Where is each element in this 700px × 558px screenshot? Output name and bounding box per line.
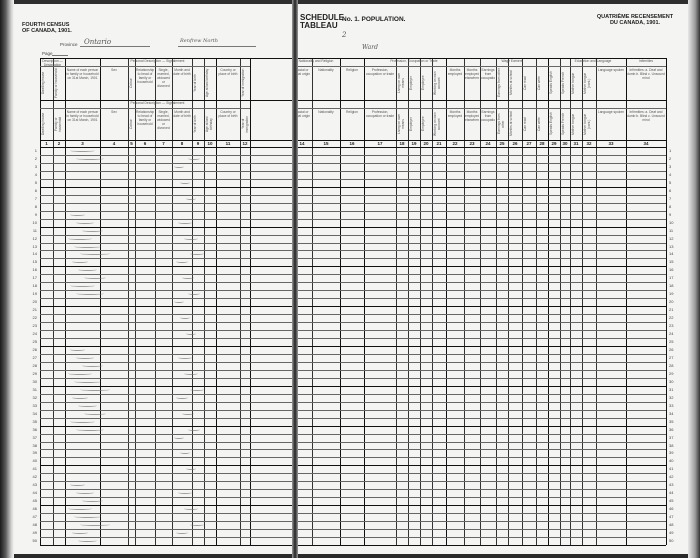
row-number-right: 36 xyxy=(669,427,679,432)
row-number-left: 20 xyxy=(27,299,37,304)
enumeration-value: Ward xyxy=(362,44,378,51)
column-header-fr-8: Month and date of birth xyxy=(173,110,191,138)
page-gutter xyxy=(292,0,298,558)
row-number-left: 37 xyxy=(27,435,37,440)
left-section-header-description: Description — Désignation xyxy=(40,59,65,66)
handwritten-entry xyxy=(188,157,200,160)
row-number-left: 36 xyxy=(27,427,37,432)
handwritten-name-entry xyxy=(70,348,85,351)
column-header-fr-22: Months employed xyxy=(447,110,463,138)
row-number-right: 10 xyxy=(669,220,679,225)
column-header-fr-4: Sex xyxy=(101,110,127,138)
row-number-left: 30 xyxy=(27,379,37,384)
row-number-right: 22 xyxy=(669,315,679,320)
handwritten-name-entry xyxy=(80,252,110,255)
handwritten-entry xyxy=(184,237,198,240)
table-row-line xyxy=(40,386,666,387)
table-row-line xyxy=(40,465,666,466)
row-number-left: 50 xyxy=(27,538,37,543)
row-number-right: 31 xyxy=(669,387,679,392)
row-number-right: 12 xyxy=(669,236,679,241)
table-row-line xyxy=(40,211,666,212)
column-header-fr-23: Months employed elsewhere xyxy=(465,110,479,138)
row-number-left: 26 xyxy=(27,347,37,352)
table-row-line xyxy=(40,473,666,474)
subdistrict-number: 2 xyxy=(342,31,346,39)
row-number-left: 8 xyxy=(27,204,37,209)
table-row-line xyxy=(40,394,666,395)
section-header-divider xyxy=(292,66,666,67)
column-number: 34 xyxy=(626,141,666,146)
column-header-12: Year of immigration xyxy=(241,68,249,98)
column-header-fr-27: Can read xyxy=(523,110,535,138)
table-row-line xyxy=(40,529,666,530)
column-number-bottom xyxy=(40,147,666,148)
column-number: 30 xyxy=(560,141,570,146)
row-number-left: 13 xyxy=(27,244,37,249)
row-number-right: 15 xyxy=(669,259,679,264)
row-number-left: 45 xyxy=(27,498,37,503)
column-header-23: Months employed elsewhere xyxy=(465,68,479,98)
row-number-left: 16 xyxy=(27,267,37,272)
table-row-line xyxy=(40,410,666,411)
row-number-right: 28 xyxy=(669,363,679,368)
row-number-right: 8 xyxy=(669,204,679,209)
district-underline xyxy=(178,46,256,47)
left-section-header-bottom: Personal Description — Signalement xyxy=(65,101,250,108)
table-row-line xyxy=(40,418,666,419)
column-header-9: Year of birth xyxy=(193,68,203,98)
row-number-right: 9 xyxy=(669,212,679,217)
column-header-fr-26: Months at school xyxy=(509,110,521,138)
column-header-25: Earnings from other xyxy=(497,68,507,98)
row-number-left: 40 xyxy=(27,458,37,463)
scan-top-edge xyxy=(0,0,700,4)
column-number: 20 xyxy=(420,141,432,146)
row-number-right: 16 xyxy=(669,267,679,272)
scan-left-edge xyxy=(0,0,14,558)
handwritten-entry xyxy=(184,507,198,510)
column-number: 8 xyxy=(172,141,192,146)
column-header-fr-3: Name of each person in family or househo… xyxy=(66,110,99,138)
column-header-fr-6: Relationship to head of family or househ… xyxy=(136,110,154,138)
row-number-left: 2 xyxy=(27,156,37,161)
row-number-right: 13 xyxy=(669,244,679,249)
column-header-fr-16: Religion xyxy=(341,110,363,138)
handwritten-entry xyxy=(186,197,196,200)
row-number-right: 43 xyxy=(669,482,679,487)
row-number-left: 14 xyxy=(27,251,37,256)
row-number-left: 39 xyxy=(27,450,37,455)
column-header-fr-32: Mother tongue (cont.) xyxy=(583,110,595,138)
row-number-right: 17 xyxy=(669,275,679,280)
column-number: 6 xyxy=(135,141,155,146)
column-header-31: Mother tongue xyxy=(571,68,581,98)
handwritten-name-entry xyxy=(80,523,110,526)
row-number-left: 5 xyxy=(27,180,37,185)
column-header-fr-34: Infirmities: a. Deaf and dumb b. Blind c… xyxy=(627,110,665,138)
row-number-left: 42 xyxy=(27,474,37,479)
handwritten-name-entry xyxy=(76,356,94,359)
row-number-right: 14 xyxy=(669,251,679,256)
row-number-right: 24 xyxy=(669,331,679,336)
handwritten-entry xyxy=(184,372,198,375)
row-number-left: 24 xyxy=(27,331,37,336)
district-value: Renfrew North xyxy=(180,38,218,44)
row-number-left: 7 xyxy=(27,196,37,201)
column-number: 9 xyxy=(192,141,204,146)
row-number-right: 45 xyxy=(669,498,679,503)
column-number: 29 xyxy=(548,141,560,146)
table-row-line xyxy=(40,235,666,236)
handwritten-entry xyxy=(178,491,192,494)
column-number: 33 xyxy=(596,141,626,146)
row-number-left: 38 xyxy=(27,443,37,448)
column-number: 15 xyxy=(312,141,340,146)
handwritten-name-entry xyxy=(84,276,106,279)
handwritten-name-entry xyxy=(78,539,97,542)
right-section-header-nationality: Nationality and Religion xyxy=(292,59,340,66)
row-number-left: 6 xyxy=(27,188,37,193)
row-number-left: 29 xyxy=(27,371,37,376)
table-row-line xyxy=(40,219,666,220)
row-number-left: 4 xyxy=(27,172,37,177)
section-header-divider xyxy=(40,108,250,109)
handwritten-name-entry xyxy=(74,245,101,248)
column-header-fr-31: Mother tongue xyxy=(571,110,581,138)
column-number: 27 xyxy=(522,141,536,146)
column-header-18: Living on own means xyxy=(397,68,407,98)
row-number-right: 48 xyxy=(669,522,679,527)
column-header-1: Dwelling house xyxy=(41,68,52,98)
column-header-fr-29: Speaks English xyxy=(549,110,559,138)
column-header-fr-12: Year of immigration xyxy=(241,110,249,138)
column-header-fr-30: Speaks French xyxy=(561,110,569,138)
row-number-right: 39 xyxy=(669,450,679,455)
column-number: 21 xyxy=(432,141,446,146)
row-number-right: 29 xyxy=(669,371,679,376)
table-row-line xyxy=(40,227,666,228)
row-number-right: 46 xyxy=(669,506,679,511)
handwritten-name-entry xyxy=(76,221,94,224)
row-number-right: 1 xyxy=(669,148,679,153)
row-number-left: 28 xyxy=(27,363,37,368)
column-header-fr-19: Employer xyxy=(409,110,419,138)
column-header-fr-21: Working on own account xyxy=(433,110,445,138)
column-header-30: Speaks French xyxy=(561,68,569,98)
column-number: 3 xyxy=(65,141,100,146)
column-divider xyxy=(666,58,667,545)
table-row-line xyxy=(40,497,666,498)
handwritten-entry xyxy=(176,260,188,263)
table-bottom-border xyxy=(40,545,666,546)
column-header-34: Infirmities: a. Deaf and dumb b. Blind c… xyxy=(627,68,665,98)
handwritten-name-entry xyxy=(82,364,103,367)
column-header-24: Earnings from occupation xyxy=(481,68,495,98)
row-number-right: 50 xyxy=(669,538,679,543)
row-number-right: 42 xyxy=(669,474,679,479)
table-row-line xyxy=(40,513,666,514)
table-row-line xyxy=(40,449,666,450)
handwritten-name-entry xyxy=(76,428,104,431)
column-header-fr-2: Family or household xyxy=(54,110,64,138)
census-title-left: FOURTH CENSUS OF CANADA, 1901. xyxy=(22,22,72,34)
row-number-right: 34 xyxy=(669,411,679,416)
row-number-left: 47 xyxy=(27,514,37,519)
column-number: 22 xyxy=(446,141,464,146)
handwritten-entry xyxy=(176,396,188,399)
table-row-line xyxy=(40,171,666,172)
column-header-fr-5: Colour xyxy=(129,110,134,138)
row-number-left: 25 xyxy=(27,339,37,344)
handwritten-entry xyxy=(188,292,200,295)
right-section-header-education: Education and Language xyxy=(560,59,626,66)
column-header-8: Month and date of birth xyxy=(173,68,191,98)
row-number-left: 31 xyxy=(27,387,37,392)
row-number-left: 15 xyxy=(27,259,37,264)
row-number-left: 11 xyxy=(27,228,37,233)
handwritten-name-entry xyxy=(72,260,88,263)
column-header-22: Months employed xyxy=(447,68,463,98)
column-number: 32 xyxy=(582,141,596,146)
handwritten-name-entry xyxy=(80,388,110,391)
handwritten-name-entry xyxy=(70,483,85,486)
row-number-right: 18 xyxy=(669,283,679,288)
table-row-line xyxy=(40,179,666,180)
row-number-left: 34 xyxy=(27,411,37,416)
column-header-32: Mother tongue (cont.) xyxy=(583,68,595,98)
row-number-right: 40 xyxy=(669,458,679,463)
row-number-right: 35 xyxy=(669,419,679,424)
handwritten-name-entry xyxy=(74,380,101,383)
row-number-right: 11 xyxy=(669,228,679,233)
handwritten-entry xyxy=(186,332,196,335)
table-row-line xyxy=(40,378,666,379)
row-number-right: 20 xyxy=(669,299,679,304)
page-label: Page xyxy=(42,51,53,56)
row-number-left: 9 xyxy=(27,212,37,217)
row-number-right: 47 xyxy=(669,514,679,519)
row-number-right: 6 xyxy=(669,188,679,193)
row-number-right: 41 xyxy=(669,466,679,471)
column-header-17: Profession, occupation or trade xyxy=(365,68,395,98)
table-row-line xyxy=(40,258,666,259)
row-number-right: 44 xyxy=(669,490,679,495)
table-row-line xyxy=(40,243,666,244)
handwritten-name-entry xyxy=(78,404,97,407)
row-number-left: 44 xyxy=(27,490,37,495)
table-row-line xyxy=(40,346,666,347)
column-header-19: Employer xyxy=(409,68,419,98)
column-number: 18 xyxy=(396,141,408,146)
column-number: 31 xyxy=(570,141,582,146)
table-row-line xyxy=(40,266,666,267)
handwritten-name-entry xyxy=(82,229,103,232)
table-row-line xyxy=(40,505,666,506)
schedule-title: No. 1. POPULATION. xyxy=(342,17,405,23)
handwritten-name-entry xyxy=(76,157,104,160)
table-row-line xyxy=(40,457,666,458)
column-header-15: Nationality xyxy=(313,68,339,98)
row-number-right: 27 xyxy=(669,355,679,360)
table-row-line xyxy=(40,290,666,291)
row-number-left: 18 xyxy=(27,283,37,288)
column-header-29: Speaks English xyxy=(549,68,559,98)
schedule-label: SCHEDULE TABLEAU xyxy=(300,14,340,30)
row-number-left: 23 xyxy=(27,323,37,328)
column-number: 5 xyxy=(128,141,135,146)
table-row-line xyxy=(40,402,666,403)
handwritten-name-entry xyxy=(78,268,97,271)
row-number-right: 32 xyxy=(669,395,679,400)
row-number-left: 12 xyxy=(27,236,37,241)
row-number-right: 30 xyxy=(669,379,679,384)
column-header-6: Relationship to head of family or househ… xyxy=(136,68,154,98)
column-number: 28 xyxy=(536,141,548,146)
table-row-line xyxy=(40,163,666,164)
row-number-right: 37 xyxy=(669,435,679,440)
column-header-21: Working on own account xyxy=(433,68,445,98)
scan-right-edge xyxy=(688,0,700,558)
row-number-right: 38 xyxy=(669,443,679,448)
column-number: 12 xyxy=(240,141,250,146)
handwritten-name-entry xyxy=(70,284,95,287)
right-section-header-wages: Wage Earners xyxy=(464,59,560,66)
row-number-left: 33 xyxy=(27,403,37,408)
column-header-fr-1: Dwelling house xyxy=(41,110,52,138)
handwritten-name-entry xyxy=(70,149,95,152)
table-row-line xyxy=(40,489,666,490)
column-number: 25 xyxy=(496,141,508,146)
table-row-line xyxy=(40,330,666,331)
handwritten-name-entry xyxy=(68,372,92,375)
column-number: 11 xyxy=(216,141,240,146)
table-row-line xyxy=(40,362,666,363)
table-row-line xyxy=(40,314,666,315)
row-number-right: 49 xyxy=(669,530,679,535)
row-number-right: 7 xyxy=(669,196,679,201)
row-number-right: 5 xyxy=(669,180,679,185)
column-header-fr-15: Nationality xyxy=(313,110,339,138)
handwritten-name-entry xyxy=(70,213,85,216)
table-row-line xyxy=(40,306,666,307)
row-number-right: 21 xyxy=(669,307,679,312)
column-header-4: Sex xyxy=(101,68,127,98)
row-number-left: 41 xyxy=(27,466,37,471)
table-row-line xyxy=(40,426,666,427)
column-header-fr-25: Earnings from other xyxy=(497,110,507,138)
table-row-line xyxy=(40,195,666,196)
handwritten-name-entry xyxy=(68,237,92,240)
province-value: Ontario xyxy=(84,38,111,46)
column-header-3: Name of each person in family or househo… xyxy=(66,68,99,98)
column-header-fr-7: Single, married, widowed or divorced xyxy=(156,110,171,138)
column-number: 16 xyxy=(340,141,364,146)
handwritten-entry xyxy=(180,316,190,319)
handwritten-entry xyxy=(190,388,204,391)
row-number-left: 46 xyxy=(27,506,37,511)
column-header-fr-9: Year of birth xyxy=(193,110,203,138)
column-header-5: Colour xyxy=(129,68,134,98)
handwritten-entry xyxy=(188,428,200,431)
table-row-line xyxy=(40,274,666,275)
table-row-line xyxy=(40,250,666,251)
column-header-fr-24: Earnings from occupation xyxy=(481,110,495,138)
column-header-11: Country or place of birth xyxy=(217,68,239,98)
table-row-line xyxy=(40,322,666,323)
column-number: 10 xyxy=(204,141,216,146)
table-row-line xyxy=(40,521,666,522)
column-number: 4 xyxy=(100,141,128,146)
table-row-line xyxy=(40,481,666,482)
row-number-left: 19 xyxy=(27,291,37,296)
table-row-line xyxy=(40,442,666,443)
row-number-left: 21 xyxy=(27,307,37,312)
column-header-20: Employee xyxy=(421,68,431,98)
column-number: 2 xyxy=(53,141,65,146)
row-number-left: 17 xyxy=(27,275,37,280)
table-row-line xyxy=(40,338,666,339)
row-number-left: 1 xyxy=(27,148,37,153)
table-row-line xyxy=(40,298,666,299)
column-header-26: Months at school xyxy=(509,68,521,98)
row-number-left: 49 xyxy=(27,530,37,535)
handwritten-name-entry xyxy=(68,507,92,510)
table-row-line xyxy=(40,187,666,188)
table-row-line xyxy=(40,537,666,538)
column-number: 1 xyxy=(40,141,53,146)
row-number-right: 19 xyxy=(669,291,679,296)
left-section-header-top: Personal Description — Signalement xyxy=(65,59,250,66)
handwritten-entry xyxy=(178,221,192,224)
row-number-left: 10 xyxy=(27,220,37,225)
row-number-left: 22 xyxy=(27,315,37,320)
section-header-divider xyxy=(40,66,250,67)
handwritten-name-entry xyxy=(74,515,101,518)
right-section-header-occupation: Profession, Occupation or Trade xyxy=(364,59,464,66)
column-divider xyxy=(250,58,251,545)
column-header-33: Language spoken xyxy=(597,68,625,98)
row-number-left: 3 xyxy=(27,164,37,169)
row-number-left: 43 xyxy=(27,482,37,487)
right-section-header-infirmities: Infirmities xyxy=(626,59,666,66)
column-number: 26 xyxy=(508,141,522,146)
row-number-right: 23 xyxy=(669,323,679,328)
census-title-right: QUATRIÈME RECENSEMENT DU CANADA, 1901. xyxy=(595,14,675,26)
column-number: 24 xyxy=(480,141,496,146)
table-row-line xyxy=(40,434,666,435)
column-header-10: Age at last birthday xyxy=(205,68,215,98)
province-underline xyxy=(80,46,150,47)
province-label: Province xyxy=(60,42,78,47)
column-header-fr-20: Employee xyxy=(421,110,431,138)
row-number-left: 32 xyxy=(27,395,37,400)
handwritten-entry xyxy=(180,451,190,454)
column-header-fr-10: Age at last birthday xyxy=(205,110,215,138)
handwritten-entry xyxy=(178,356,192,359)
table-row-line xyxy=(40,354,666,355)
handwritten-entry xyxy=(190,523,204,526)
column-header-fr-28: Can write xyxy=(537,110,547,138)
row-number-right: 4 xyxy=(669,172,679,177)
handwritten-entry xyxy=(180,181,190,184)
handwritten-name-entry xyxy=(70,420,95,423)
handwritten-entry xyxy=(182,412,194,415)
column-header-16: Religion xyxy=(341,68,363,98)
row-number-right: 3 xyxy=(669,164,679,169)
table-row-line xyxy=(40,282,666,283)
page-underline xyxy=(52,55,68,56)
